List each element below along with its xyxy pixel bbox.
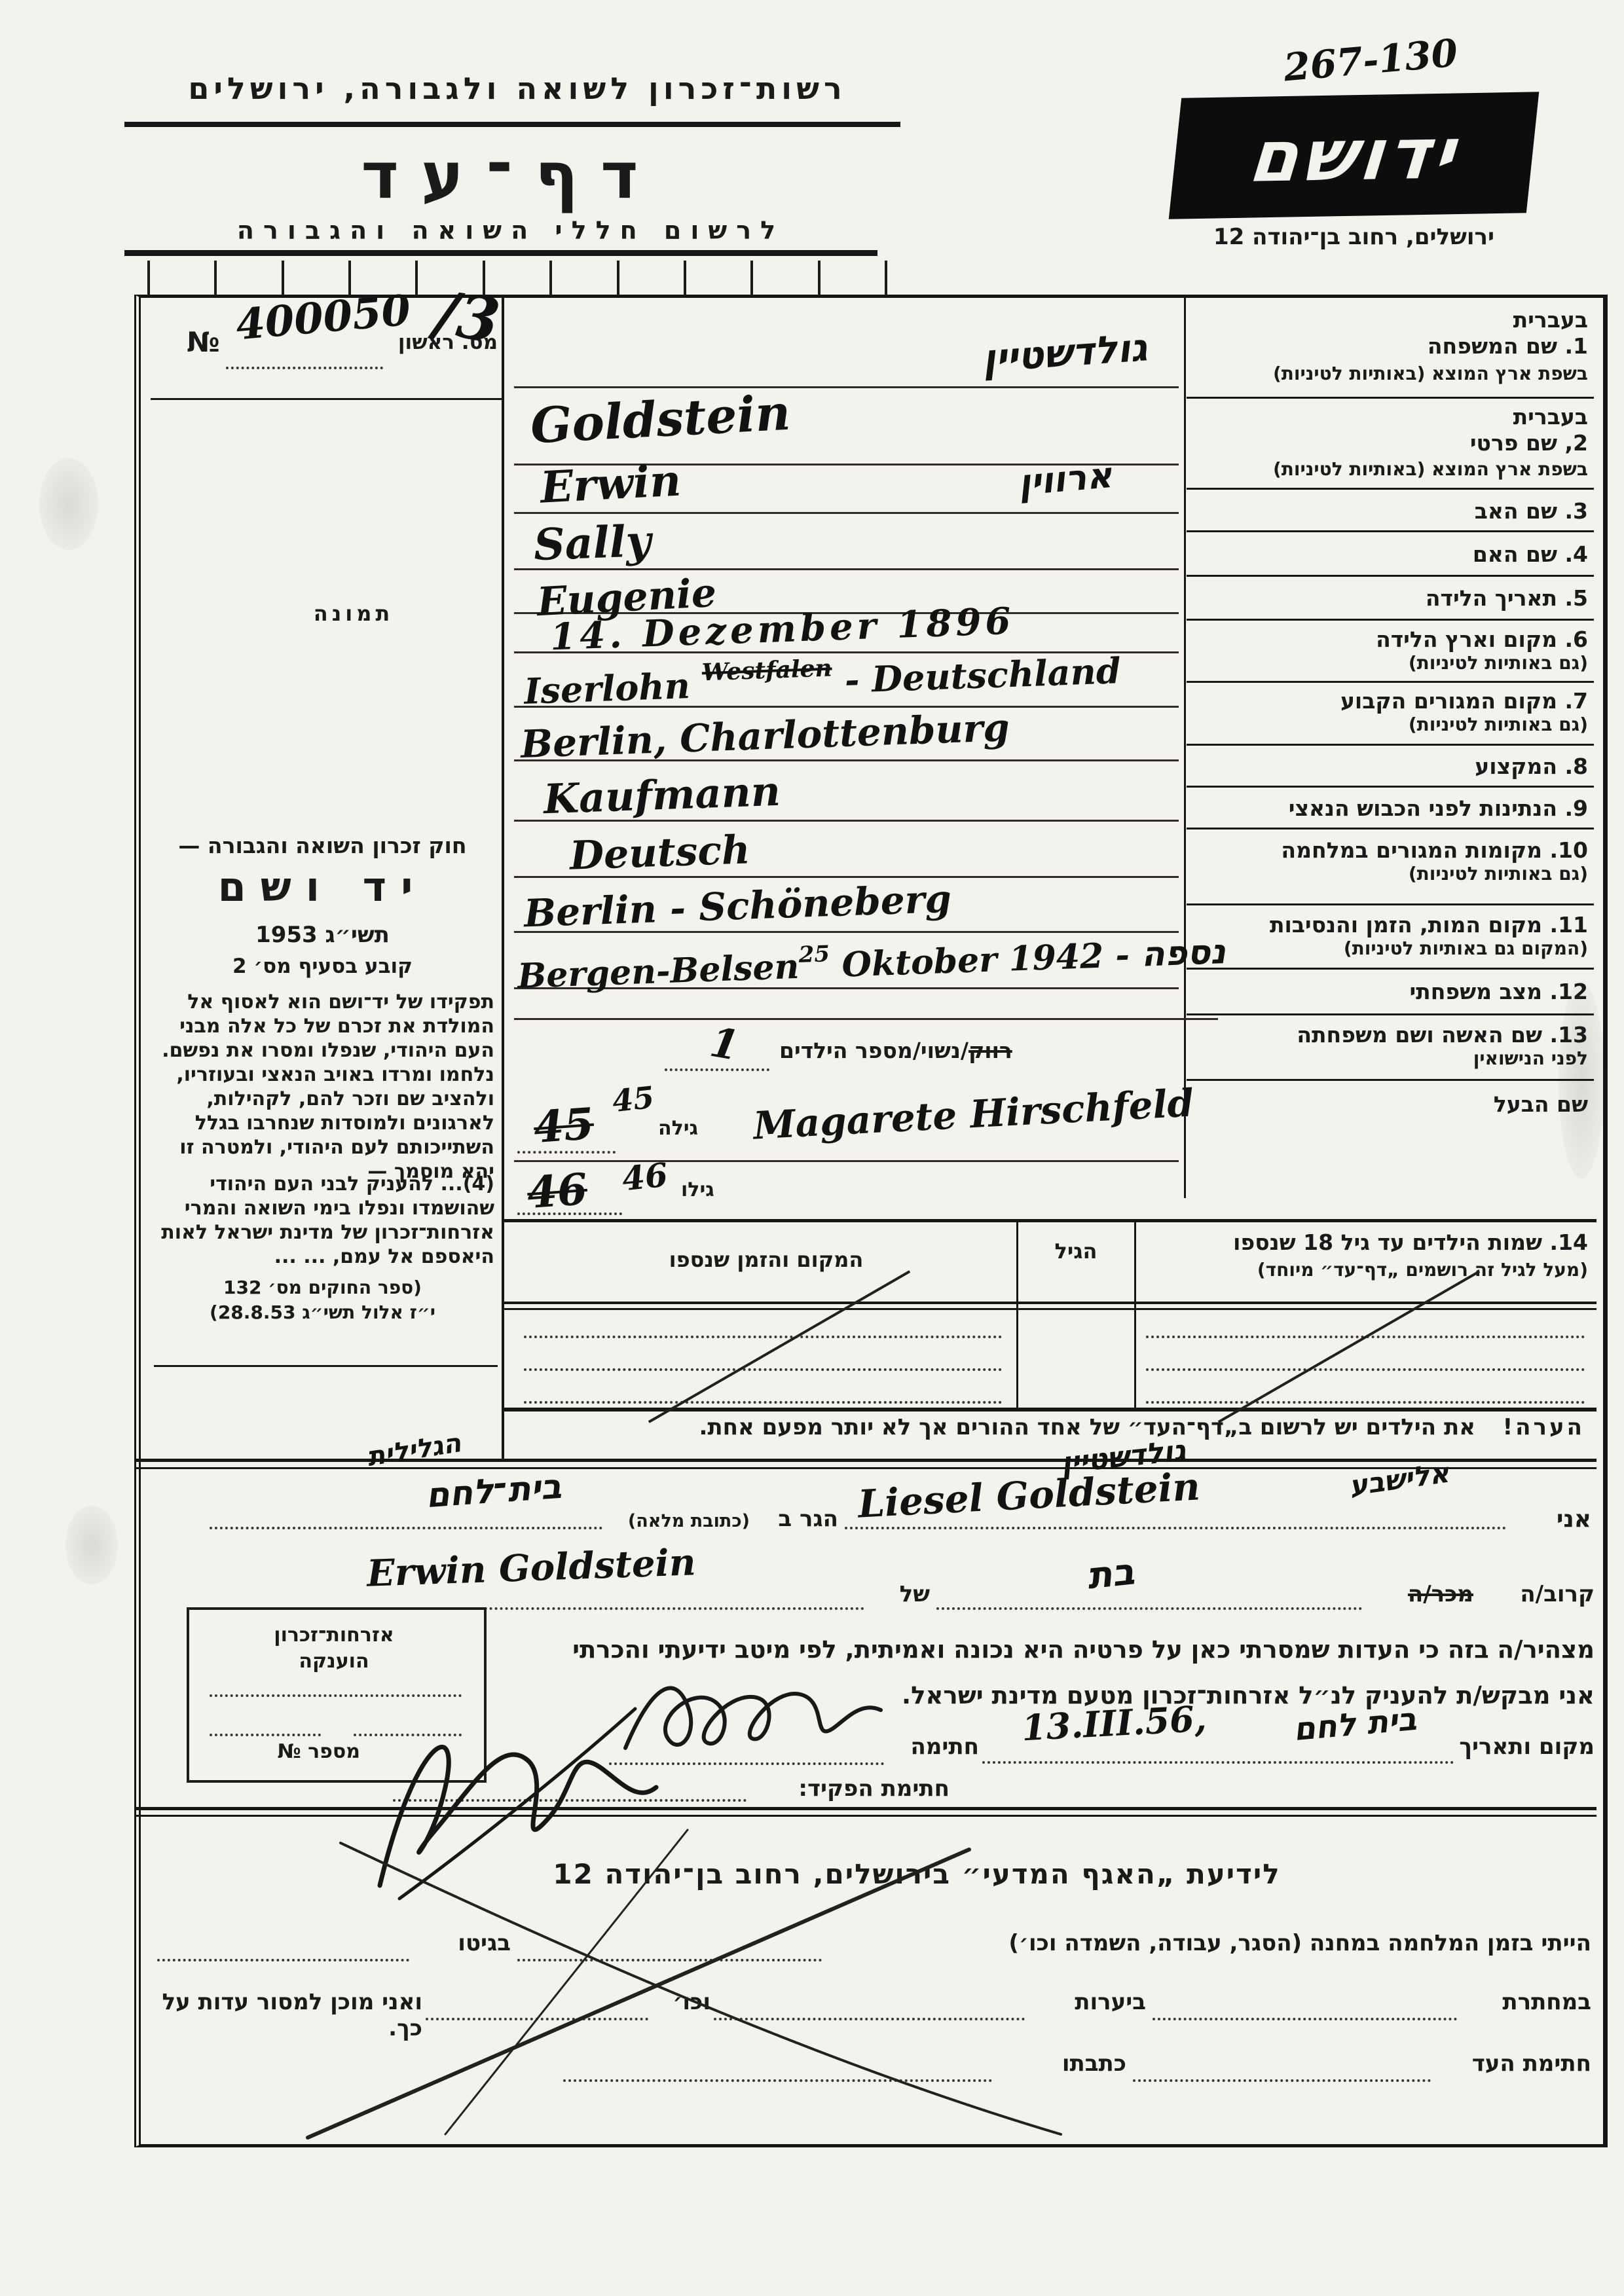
sidebar-bottom-rule [154, 1365, 498, 1367]
field2-label: 2, שם פרטי [1189, 431, 1588, 456]
field5-label: 5. תאריך הלידה [1189, 586, 1588, 611]
note-row: הערה! את הילדים יש לרשום ב„דף־העד״ של אח… [524, 1414, 1585, 1440]
husband-age-dotted [517, 1212, 622, 1215]
law-clause: קובע בסעיף מס׳ 2 [154, 955, 491, 978]
place-date-label: מקום ותאריך [1454, 1734, 1595, 1760]
field7-label: 7. מקום המגורים הקבוע [1189, 689, 1588, 714]
table-header-rule-a [504, 1302, 1596, 1304]
serial-symbol: № [187, 326, 220, 358]
note-text: את הילדים יש לרשום ב„דף־העד״ של אחד ההור… [699, 1414, 1475, 1440]
field2-sub: בשפת ארץ המוצא (באותיות לטיניות) [1189, 460, 1588, 480]
writing-line-1 [514, 386, 1179, 388]
birthplace-region: Westfalen [701, 654, 832, 686]
wife-age-hand: 45 [610, 1080, 655, 1119]
declarant-label: אני [1526, 1506, 1591, 1533]
witness-signature-label: חתימת העד [1437, 2050, 1591, 2077]
label-sep-5 [1187, 619, 1594, 621]
field13-label: 13. שם האשה ושם משפחתה [1189, 1023, 1588, 1048]
clerk-signature-label: חתימת הפקיד: [760, 1776, 950, 1802]
law-heading: חוק זכרון השואה והגבורה — [154, 833, 491, 858]
note-label: הערה! [1503, 1414, 1585, 1440]
writing-line-3 [514, 512, 1179, 514]
scan-smudge-3 [65, 1506, 118, 1584]
wife-age-struck-hand: 45 [532, 1098, 595, 1153]
field10-label: 10. מקומות המגורים במלחמה [1189, 838, 1588, 863]
label-sep-13 [1187, 1079, 1594, 1081]
section-cross-out [229, 1827, 1094, 2141]
marital-status-printed: רווק/נשוי/מספר הילדים [779, 1038, 1179, 1063]
table-row2-dotted-names [1146, 1368, 1585, 1371]
table-top-rule [504, 1219, 1596, 1222]
table-row3-dotted-place [524, 1401, 1002, 1404]
form-title: דף־עד [275, 139, 747, 213]
law-source-1: (ספר החוקים מס׳ 132 [154, 1277, 491, 1298]
header-rule-top [124, 122, 900, 127]
father-name-hand: Sally [533, 515, 652, 570]
birthplace-city: Iserlohn [523, 665, 691, 712]
death-hebrew-word: נספה [1141, 932, 1227, 974]
field7-sub: (גם באותיות לטיניות) [1189, 715, 1588, 735]
field9-label: 9. הנתינות לפני הכבוש הנאצי [1189, 796, 1588, 821]
underground-label: במחתרת [1464, 1989, 1591, 2015]
wife-age-label: גילה [658, 1117, 698, 1140]
table-row2-dotted-place [524, 1368, 1002, 1371]
label-sep-2 [1187, 488, 1594, 490]
stamp-box-dotted-2 [210, 1734, 321, 1736]
relative-label: קרוב/ה [1483, 1581, 1595, 1607]
tick-marks-row [147, 261, 887, 295]
firstname-hebrew-hand: ארווין [1017, 454, 1114, 503]
label-sep-10 [1187, 903, 1594, 905]
label-sep-12 [1187, 1013, 1594, 1015]
field8-label: 8. המקצוע [1189, 754, 1588, 779]
authority-title: רשות־זכרון לשואה ולגבורה, ירושלים [131, 71, 904, 106]
field13-sub: לפני הנישואין [1189, 1049, 1588, 1069]
field3-label: 3. שם האב [1189, 499, 1588, 524]
label-sep-6 [1187, 681, 1594, 683]
archive-ref-number-hand: 267-130 [1282, 31, 1460, 90]
husband-age-hand: 46 [620, 1156, 669, 1199]
table-col-names-header: 14. שמות הילדים עד גיל 18 שנספו (מעל לגי… [1143, 1230, 1588, 1281]
label-sep-3 [1187, 530, 1594, 532]
marital-rest: /נשוי/מספר הילדים [779, 1038, 969, 1063]
wife-age-dotted [517, 1151, 616, 1154]
sidebar-divider [502, 295, 504, 1459]
of-label: של [877, 1581, 930, 1607]
field2-lang: בעברית [1189, 405, 1588, 429]
label-sep-9 [1187, 828, 1594, 829]
witness-sig-dotted [1133, 2079, 1431, 2082]
field11-label: 11. מקום המות, הזמן והנסיבות [1189, 913, 1588, 938]
signature-label: חתימה [887, 1734, 979, 1760]
nationality-hand: Deutsch [569, 827, 751, 879]
field11-sub: (המקום גם באותיות לטיניות) [1189, 939, 1588, 959]
table-header-rule-b [504, 1308, 1596, 1310]
field4-label: 4. שם האם [1189, 542, 1588, 567]
form-purpose: לרשום חללי השואה והגבורה [196, 216, 825, 245]
stamp-box-title: אזרחות־זכרון הוענקה [196, 1622, 471, 1675]
children-count-dotted [665, 1068, 769, 1071]
underground-dotted [1153, 2018, 1457, 2020]
yad-vashem-logo-text: ידושם [1245, 113, 1462, 198]
law-year: תשי״ג 1953 [154, 922, 491, 948]
field1-lang: בעברית [1189, 308, 1588, 333]
field12-label: 12. מצב משפחתי [1189, 979, 1588, 1004]
table-col-divider-2 [1134, 1219, 1136, 1409]
label-sep-4 [1187, 575, 1594, 577]
section-double-rule-1a [134, 1459, 1596, 1462]
writing-line-4 [514, 568, 1179, 570]
statement-text: מצהיר/ה בזה כי העדות שמסרתי כאן על פרטיה… [367, 1635, 1595, 1664]
serial-underline [151, 398, 502, 400]
profession-hand: Kaufmann [543, 767, 781, 824]
scan-smudge-1 [39, 458, 98, 550]
stamp-box-title-line2: הוענקה [196, 1649, 471, 1675]
label-sep-11 [1187, 968, 1594, 970]
husband-age-struck-hand: 46 [525, 1163, 589, 1218]
table-row3-dotted-names [1146, 1401, 1585, 1404]
table-col-place-header: המקום והזמן שנספו [524, 1247, 1008, 1272]
yad-vashem-logo: ידושם [1169, 92, 1540, 219]
writing-line-13 [514, 1018, 1218, 1020]
header-rule-bottom [124, 250, 877, 256]
writing-line-14 [514, 1160, 1179, 1162]
stamp-box-number-label: מספר № [216, 1740, 360, 1763]
label-sep-8 [1187, 786, 1594, 788]
place-date-dotted [982, 1761, 1454, 1764]
stamp-box-title-line1: אזרחות־זכרון [196, 1622, 471, 1649]
relation-dotted [936, 1607, 1362, 1610]
law-title: יד ושם [154, 863, 491, 911]
address-dotted [210, 1527, 602, 1529]
field14-husband-label: שם הבעל [1189, 1092, 1588, 1117]
acquaintance-label-struck: מכר/ה [1375, 1581, 1473, 1607]
label-sep-1 [1187, 397, 1594, 399]
label-sep-7 [1187, 744, 1594, 746]
logo-address: ירושלים, רחוב בן־יהודה 12 [1175, 224, 1532, 250]
address-note-label: (כתובת מלאה) [609, 1511, 750, 1531]
field6-sub: (גם באותיות לטיניות) [1189, 653, 1588, 674]
table-col-divider-1 [1016, 1219, 1018, 1409]
photo-label: תמונה [282, 601, 426, 626]
law-paragraph-2: ‎...(4) להעניק לבני העם היהודי שהושמדו ו… [151, 1172, 494, 1269]
page-of-testimony-scan: רשות־זכרון לשואה ולגבורה, ירושלים דף־עד … [0, 0, 1624, 2296]
table-row1-dotted-place [524, 1336, 1002, 1338]
serial-suffix-hand: /3 [431, 278, 504, 357]
death-day: 25 [798, 941, 830, 968]
husband-age-label: גילו [681, 1178, 714, 1201]
relation-hand: בת [1085, 1550, 1137, 1597]
field6-label: 6. מקום וארץ הלידה [1189, 627, 1588, 652]
field1-sub: בשפת ארץ המוצא (באותיות לטיניות) [1189, 364, 1588, 384]
scan-smudge-2 [1559, 982, 1604, 1178]
marital-single-struck: רווק [969, 1038, 1012, 1063]
labels-divider [1184, 295, 1186, 1198]
table-col-age-header: הגיל [1020, 1239, 1132, 1264]
law-paragraph-1: תפקידו של יד־ושם הוא לאסוף אל המולדת את … [151, 990, 494, 1184]
field1-label: 1. שם המשפחה [1189, 334, 1588, 359]
firstname-hand: Erwin [539, 454, 682, 513]
declarant-name-dotted [845, 1527, 1506, 1529]
law-source-2: י״ז אלול תשי״ג 28.8.53) [154, 1302, 491, 1323]
field10-sub: (גם באותיות לטיניות) [1189, 864, 1588, 884]
residing-label: הגר ב [753, 1506, 838, 1532]
serial-dotted-line [226, 367, 383, 369]
